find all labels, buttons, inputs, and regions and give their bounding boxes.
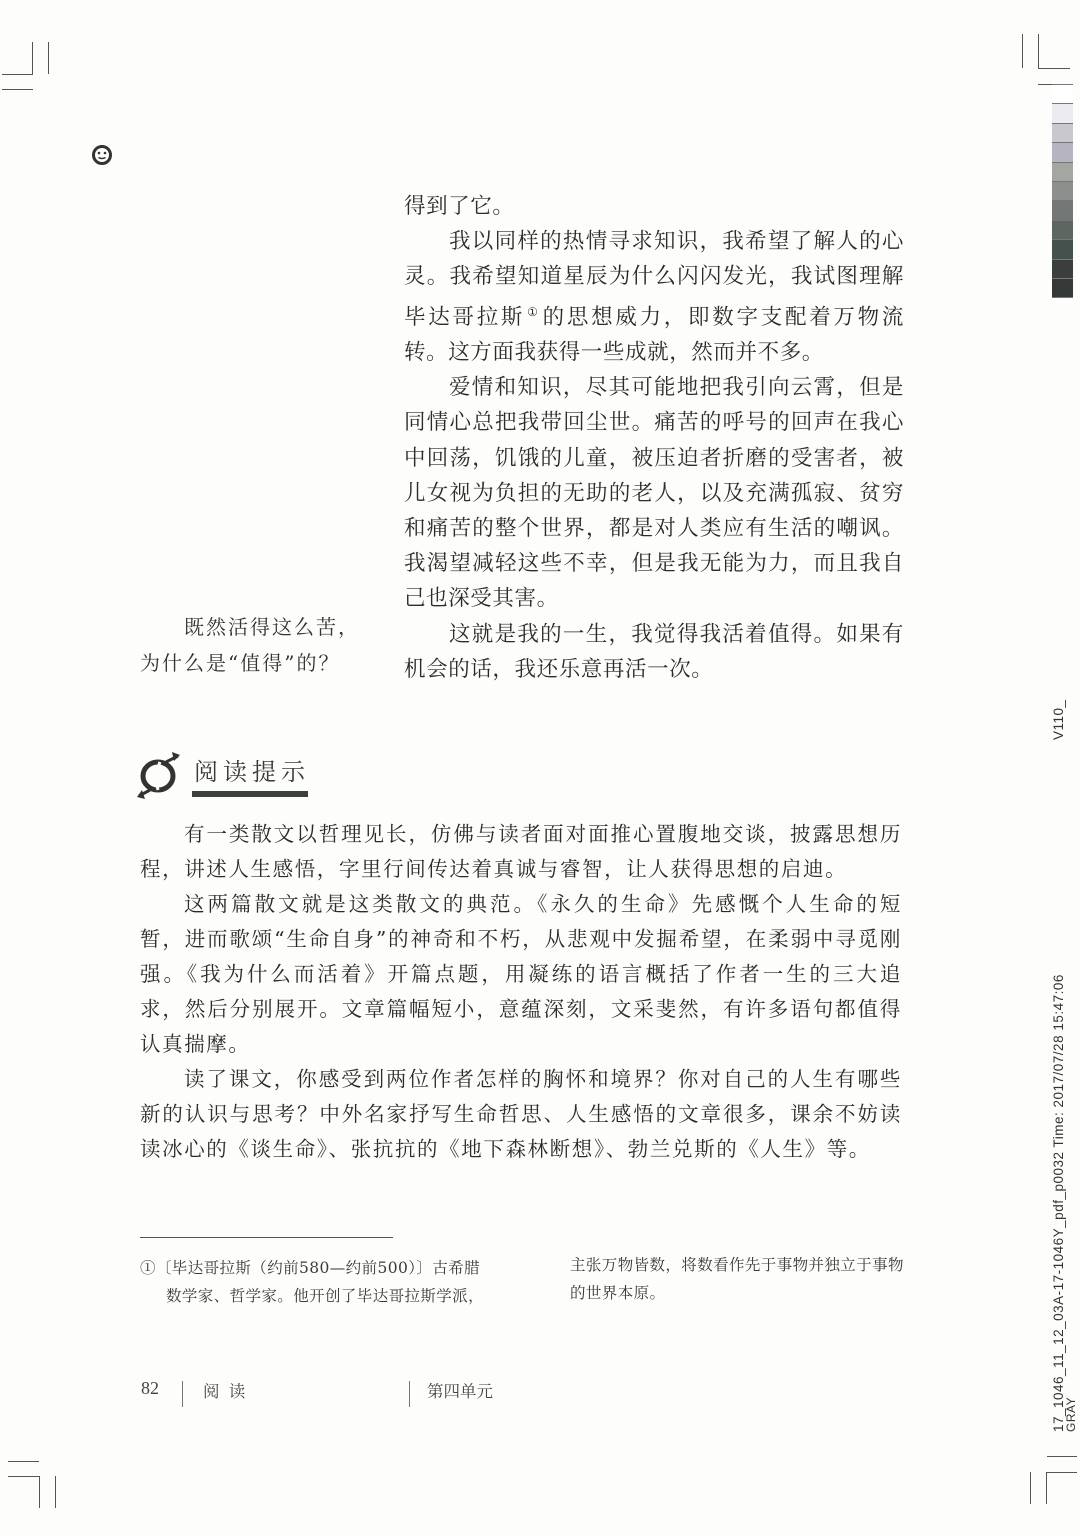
crop-mark (1046, 1472, 1047, 1504)
title-underline-bar (192, 791, 308, 797)
paragraph: 这就是我的一生，我觉得我活着值得。如果有机会的话，我还乐意再活一次。 (404, 617, 904, 687)
paragraph: 有一类散文以哲理见长，仿佛与读者面对面推心置腹地交谈，披露思想历程，讲述人生感悟… (140, 817, 902, 887)
paragraph: 这两篇散文就是这类散文的典范。《永久的生命》先感慨个人生命的短暂，进而歌颂“生命… (140, 887, 902, 1062)
reading-tips-title: 阅读提示 (194, 752, 310, 787)
gray-swatch (1052, 221, 1073, 240)
gray-swatch (1052, 182, 1073, 201)
gray-swatch (1052, 240, 1073, 259)
paragraph: 我以同样的热情寻求知识，我希望了解人的心灵。我希望知道星辰为什么闪闪发光，我试图… (404, 224, 904, 370)
reading-tips-text: 有一类散文以哲理见长，仿佛与读者面对面推心置腹地交谈，披露思想历程，讲述人生感悟… (140, 817, 902, 1167)
footnote-ref[interactable]: ① (527, 305, 541, 319)
side-note-line: 既然活得这么苦， (140, 609, 360, 645)
footer-divider (409, 1381, 410, 1407)
gray-swatch (1052, 279, 1073, 298)
paragraph: 读了课文，你感受到两位作者怎样的胸怀和境界？你对自己的人生有哪些新的认识与思考？… (140, 1062, 902, 1167)
gray-swatch (1052, 84, 1073, 104)
gray-swatch (1052, 143, 1073, 162)
gray-swatch (1052, 201, 1073, 220)
side-note: 既然活得这么苦， 为什么是“值得”的？ (140, 609, 360, 681)
gray-swatch (1052, 124, 1073, 143)
crop-mark (1038, 34, 1039, 68)
footnote-line: 数学家、哲学家。他开创了毕达哥拉斯学派， (140, 1282, 520, 1310)
crop-mark (1022, 34, 1023, 68)
crop-mark (39, 1476, 40, 1508)
crop-mark (1047, 1472, 1077, 1473)
smiley-icon (91, 144, 113, 166)
gray-swatch (1052, 163, 1073, 182)
footnote-divider (140, 1237, 393, 1238)
side-note-line: 为什么是“值得”的？ (140, 645, 360, 681)
crop-mark (1030, 1472, 1031, 1504)
paragraph: 得到了它。 (404, 189, 904, 224)
color-mode-mark: GRAY (1064, 1397, 1078, 1432)
crop-mark (2, 74, 33, 75)
crop-mark (2, 89, 33, 90)
crop-mark (8, 1461, 39, 1462)
reading-tips-icon (136, 750, 182, 800)
gray-swatch (1052, 260, 1073, 279)
crop-mark (48, 42, 49, 74)
footnote-right: 主张万物皆数，将数看作先于事物并独立于事物的世界本原。 (570, 1251, 915, 1307)
footer-divider (182, 1381, 183, 1407)
crop-mark (1038, 68, 1070, 69)
main-text: 得到了它。 我以同样的热情寻求知识，我希望了解人的心灵。我希望知道星辰为什么闪闪… (404, 189, 904, 687)
gray-scale-strip (1052, 84, 1073, 298)
section-label: 阅 读 (203, 1378, 247, 1402)
footnote-line: ①〔毕达哥拉斯（约前580—约前500）〕古希腊 (140, 1254, 520, 1282)
version-mark: V110_ (1051, 699, 1066, 740)
print-job-info: 17_1046_11_12_03A-17-1046Y_pdf_p0032 Tim… (1051, 974, 1066, 1432)
crop-mark (8, 1476, 39, 1477)
crop-mark (32, 42, 33, 74)
footnote-left: ①〔毕达哥拉斯（约前580—约前500）〕古希腊 数学家、哲学家。他开创了毕达哥… (140, 1254, 520, 1310)
paragraph: 爱情和知识，尽其可能地把我引向云霄，但是同情心总把我带回尘世。痛苦的呼号的回声在… (404, 370, 904, 616)
crop-mark (1047, 1456, 1077, 1457)
crop-mark (55, 1476, 56, 1508)
page-number: 82 (141, 1378, 159, 1399)
gray-swatch (1052, 104, 1073, 123)
unit-label: 第四单元 (427, 1378, 493, 1402)
